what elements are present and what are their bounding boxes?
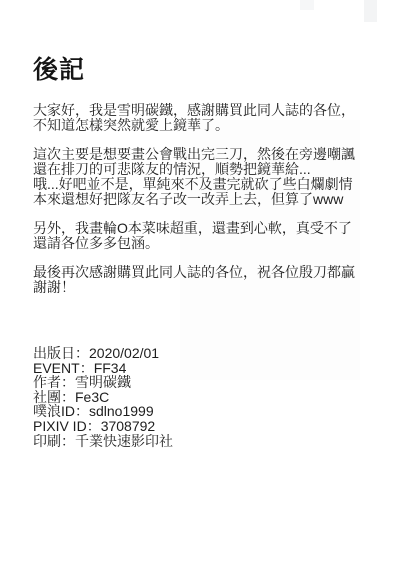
text-line: 不知道怎樣突然就愛上鏡華了。 bbox=[33, 118, 373, 133]
colophon-row-pixiv-id: PIXIV ID：3708792 bbox=[33, 419, 173, 434]
colophon-separator: ： bbox=[61, 374, 75, 390]
text-line: 還請各位多多包涵。 bbox=[33, 236, 373, 251]
colophon-row-plurk-id: 噗浪ID：sdlno1999 bbox=[33, 404, 173, 419]
colophon-separator: ： bbox=[75, 403, 89, 419]
colophon-separator: ： bbox=[61, 389, 75, 405]
colophon-label: 出版日 bbox=[33, 345, 75, 361]
text-line: 最後再次感謝購買此同人誌的各位，祝各位殷刀都贏 bbox=[33, 265, 373, 280]
colophon-row-printer: 印刷：千業快速影印社 bbox=[33, 434, 173, 449]
colophon-value: 3708792 bbox=[101, 418, 156, 434]
colophon-label: PIXIV ID bbox=[33, 418, 87, 434]
text-line: 謝謝！ bbox=[33, 280, 373, 295]
colophon-value: Fe3C bbox=[75, 389, 109, 405]
colophon-label: 噗浪ID bbox=[33, 403, 75, 419]
text-line: 另外，我畫輪O本菜味超重，還畫到心軟，真受不了 bbox=[33, 221, 373, 236]
colophon-label: 作者 bbox=[33, 374, 61, 390]
text-line: 還在排刀的可悲隊友的情況，順勢把鏡華給... bbox=[33, 162, 373, 177]
colophon-label: EVENT bbox=[33, 360, 80, 376]
colophon-value: sdlno1999 bbox=[89, 403, 154, 419]
colophon-row-publish-date: 出版日：2020/02/01 bbox=[33, 346, 173, 361]
colophon-row-event: EVENT：FF34 bbox=[33, 361, 173, 376]
colophon-value: 雪明碳鐵 bbox=[75, 374, 131, 390]
text-line: 本來還想好把隊友名子改一改弄上去，但算了www bbox=[33, 192, 373, 207]
afterword-page: 後記 大家好，我是雪明碳鐵，感謝購買此同人誌的各位， 不知道怎樣突然就愛上鏡華了… bbox=[0, 0, 400, 575]
text-line: 這次主要是想要畫公會戰出完三刀，然後在旁邊嘲諷 bbox=[33, 147, 373, 162]
paragraph-apology: 另外，我畫輪O本菜味超重，還畫到心軟，真受不了 還請各位多多包涵。 bbox=[33, 221, 373, 251]
colophon-separator: ： bbox=[87, 418, 101, 434]
text-line: 大家好，我是雪明碳鐵，感謝購買此同人誌的各位， bbox=[33, 103, 373, 118]
text-line: 哦...好吧並不是，單純來不及畫完就砍了些白爛劇情 bbox=[33, 177, 373, 192]
colophon-row-author: 作者：雪明碳鐵 bbox=[33, 375, 173, 390]
colophon-separator: ： bbox=[61, 433, 75, 449]
page-title: 後記 bbox=[33, 0, 373, 86]
colophon-row-circle: 社團：Fe3C bbox=[33, 390, 173, 405]
paragraph-thanks: 最後再次感謝購買此同人誌的各位，祝各位殷刀都贏 謝謝！ bbox=[33, 265, 373, 295]
colophon-value: FF34 bbox=[94, 360, 127, 376]
colophon-separator: ： bbox=[75, 345, 89, 361]
paragraph-greeting: 大家好，我是雪明碳鐵，感謝購買此同人誌的各位， 不知道怎樣突然就愛上鏡華了。 bbox=[33, 103, 373, 133]
paragraph-story: 這次主要是想要畫公會戰出完三刀，然後在旁邊嘲諷 還在排刀的可悲隊友的情況，順勢把… bbox=[33, 147, 373, 207]
colophon: 出版日：2020/02/01 EVENT：FF34 作者：雪明碳鐵 社團：Fe3… bbox=[33, 346, 173, 448]
colophon-value: 千業快速影印社 bbox=[75, 433, 173, 449]
page-content: 後記 大家好，我是雪明碳鐵，感謝購買此同人誌的各位， 不知道怎樣突然就愛上鏡華了… bbox=[33, 0, 373, 295]
colophon-value: 2020/02/01 bbox=[89, 345, 159, 361]
colophon-separator: ： bbox=[80, 360, 94, 376]
colophon-label: 印刷 bbox=[33, 433, 61, 449]
colophon-label: 社團 bbox=[33, 389, 61, 405]
